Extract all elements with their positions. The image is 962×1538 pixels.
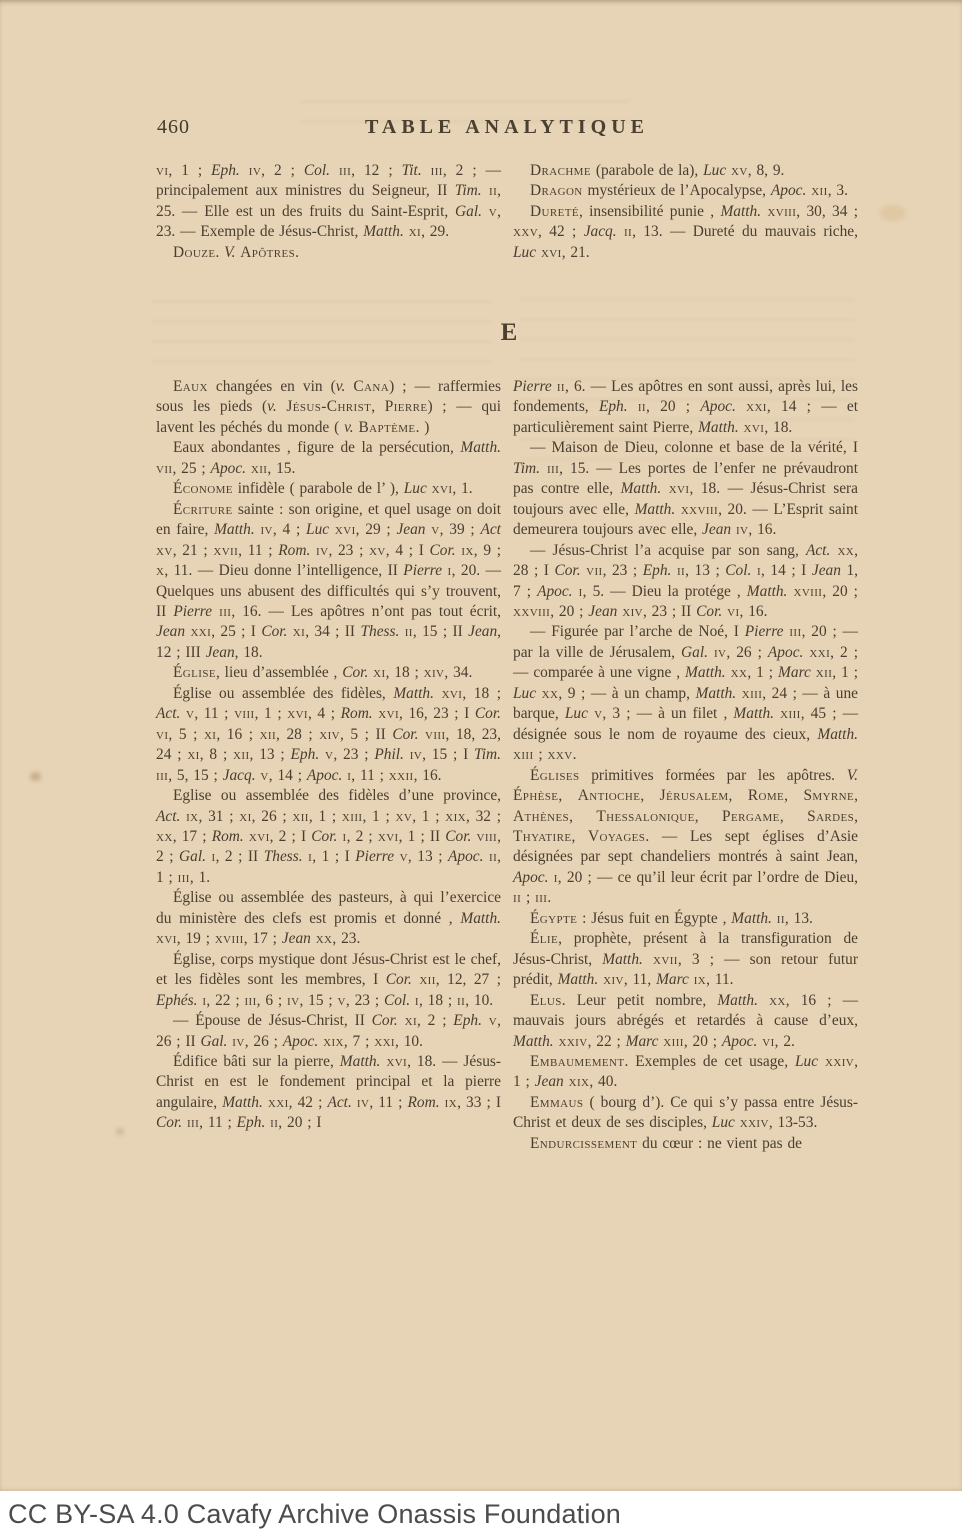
license-text: CC BY-SA 4.0 Cavafy Archive Onassis Foun… — [0, 1499, 621, 1530]
index-entry: Eaux abondantes , figure de la persécuti… — [156, 438, 501, 479]
index-entry: Économe infidèle ( parabole de l’ ), Luc… — [156, 479, 501, 499]
index-entry: — Maison de Dieu, colonne et base de la … — [513, 438, 858, 540]
index-entry: Dragon mystérieux de l’Apocalypse, Apoc.… — [513, 181, 858, 201]
license-bar: CC BY-SA 4.0 Cavafy Archive Onassis Foun… — [0, 1491, 962, 1538]
index-entry: — Figurée par l’arche de Noé, I Pierre i… — [513, 622, 858, 765]
top-right-column: Drachme (parabole de la), Luc xv, 8, 9.D… — [513, 161, 858, 263]
main-right-column: Pierre ii, 6. — Les apôtres en sont auss… — [513, 377, 858, 1154]
screenshot-root: 460 TABLE ANALYTIQUE vi, 1 ; Eph. iv, 2 … — [0, 0, 962, 1538]
index-entry: Emmaus ( bourg d’). Ce qui s’y passa ent… — [513, 1093, 858, 1134]
index-entry: Douze. V. Apôtres. — [156, 243, 501, 263]
section-heading: E — [501, 319, 518, 347]
index-entry: Elus. Leur petit nombre, Matth. xx, 16 ;… — [513, 991, 858, 1052]
index-entry: Église ou assemblée des pasteurs, à qui … — [156, 888, 501, 949]
index-entry: Égypte : Jésus fuit en Égypte , Matth. i… — [513, 909, 858, 929]
main-left-column: Eaux changées en vin (v. Cana) ; — raffe… — [156, 377, 501, 1134]
index-entry: vi, 1 ; Eph. iv, 2 ; Col. iii, 12 ; Tit.… — [156, 161, 501, 243]
index-entry: Élie, prophète, présent à la transfigura… — [513, 929, 858, 990]
index-entry: Église, lieu d’assemblée , Cor. xi, 18 ;… — [156, 663, 501, 683]
page-number: 460 — [157, 116, 190, 139]
index-entry: Églises primitives formées par les apôtr… — [513, 766, 858, 909]
running-title: TABLE ANALYTIQUE — [365, 116, 649, 139]
index-entry: Écriture sainte : son origine, et quel u… — [156, 500, 501, 664]
bleed-through-smudge — [152, 300, 492, 378]
index-entry: Édifice bâti sur la pierre, Matth. xvi, … — [156, 1052, 501, 1134]
index-entry: — Jésus-Christ l’a acquise par son sang,… — [513, 541, 858, 623]
top-left-column: vi, 1 ; Eph. iv, 2 ; Col. iii, 12 ; Tit.… — [156, 161, 501, 263]
paper-stain — [116, 1128, 124, 1135]
index-entry: Église ou assemblée des fidèles, Matth. … — [156, 684, 501, 786]
index-entry: Embaumement. Exemples de cet usage, Luc … — [513, 1052, 858, 1093]
index-entry: Endurcissement du cœur : ne vient pas de — [513, 1134, 858, 1154]
index-entry: Pierre ii, 6. — Les apôtres en sont auss… — [513, 377, 858, 438]
index-entry: Église, corps mystique dont Jésus-Christ… — [156, 950, 501, 1011]
index-entry: Dureté, insensibilité punie , Matth. xvi… — [513, 202, 858, 263]
index-entry: Eglise ou assemblée des fidèles d’une pr… — [156, 786, 501, 888]
book-page-scan: 460 TABLE ANALYTIQUE vi, 1 ; Eph. iv, 2 … — [0, 0, 962, 1491]
paper-stain — [30, 772, 41, 781]
index-entry: — Épouse de Jésus-Christ, II Cor. xi, 2 … — [156, 1011, 501, 1052]
index-entry: Eaux changées en vin (v. Cana) ; — raffe… — [156, 377, 501, 438]
index-entry: Drachme (parabole de la), Luc xv, 8, 9. — [513, 161, 858, 181]
paper-stain — [880, 205, 906, 221]
